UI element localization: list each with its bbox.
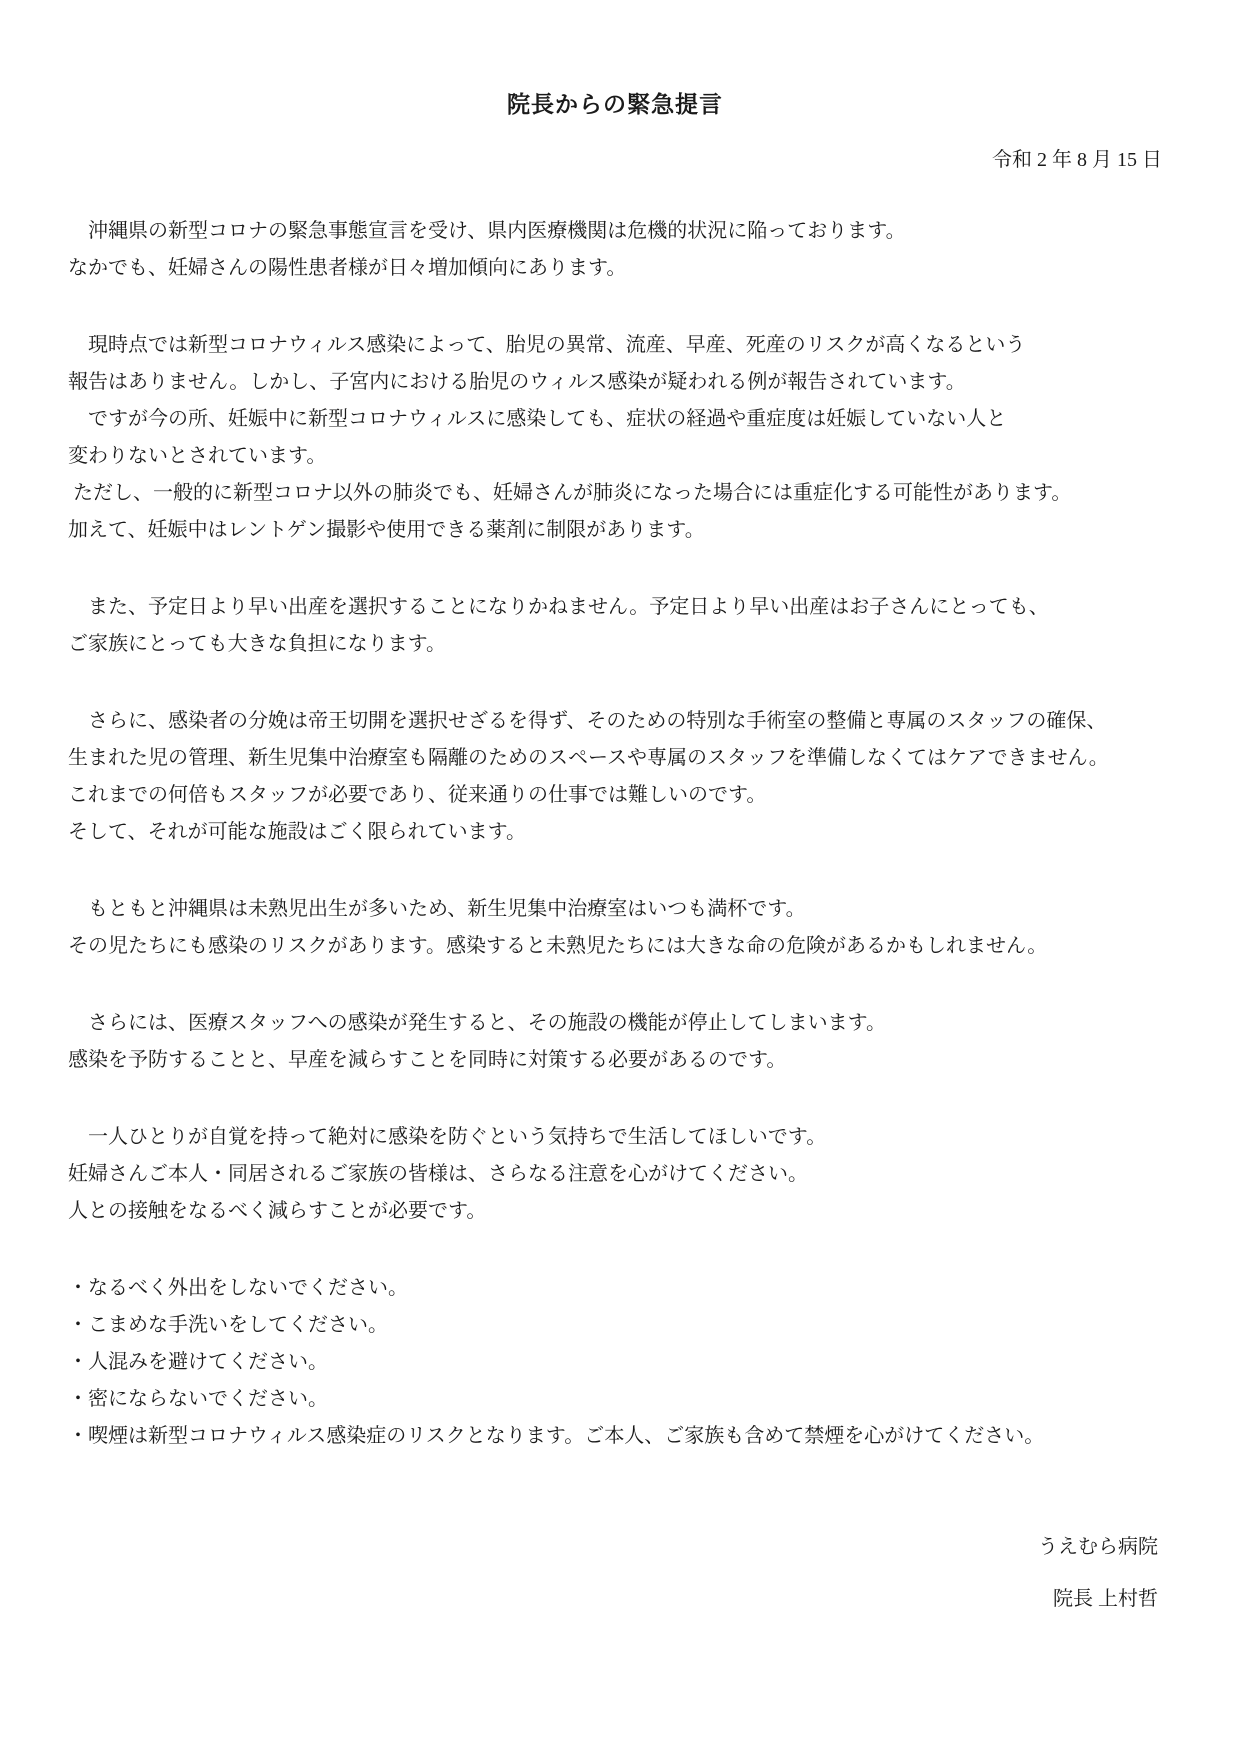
paragraph-intro: 沖縄県の新型コロナの緊急事態宣言を受け、県内医療機関は危機的状況に陥っております… — [68, 213, 1162, 287]
precaution-item-wash-hands: ・こまめな手洗いをしてください。 — [68, 1307, 1162, 1344]
paragraph-nicu: もともと沖縄県は未熟児出生が多いため、新生児集中治療室はいつも満杯です。 その児… — [68, 891, 1162, 965]
signature-name: 院長 上村哲 — [68, 1573, 1158, 1625]
signature-organization: うえむら病院 — [68, 1521, 1158, 1573]
document-page: 院長からの緊急提言 令和 2 年 8 月 15 日 沖縄県の新型コロナの緊急事態… — [0, 0, 1240, 1754]
paragraph-staff-infection: さらには、医療スタッフへの感染が発生すると、その施設の機能が停止してしまいます。… — [68, 1005, 1162, 1079]
document-title: 院長からの緊急提言 — [68, 86, 1162, 119]
precaution-item-stay-home: ・なるべく外出をしないでください。 — [68, 1270, 1162, 1307]
paragraph-early-delivery: また、予定日より早い出産を選択することになりかねません。予定日より早い出産はお子… — [68, 589, 1162, 663]
document-date: 令和 2 年 8 月 15 日 — [68, 145, 1162, 175]
precaution-item-no-smoking: ・喫煙は新型コロナウィルス感染症のリスクとなります。ご本人、ご家族も含めて禁煙を… — [68, 1418, 1162, 1455]
paragraph-cesarean-staff: さらに、感染者の分娩は帝王切開を選択せざるを得ず、そのための特別な手術室の整備と… — [68, 703, 1162, 851]
precaution-list: ・なるべく外出をしないでください。 ・こまめな手洗いをしてください。 ・人混みを… — [68, 1270, 1162, 1455]
signature-block: うえむら病院 院長 上村哲 — [68, 1521, 1162, 1625]
precaution-item-avoid-closeness: ・密にならないでください。 — [68, 1381, 1162, 1418]
paragraph-personal-request: 一人ひとりが自覚を持って絶対に感染を防ぐという気持ちで生活してほしいです。 妊婦… — [68, 1119, 1162, 1230]
paragraph-risk-overview: 現時点では新型コロナウィルス感染によって、胎児の異常、流産、早産、死産のリスクが… — [68, 327, 1162, 549]
precaution-item-avoid-crowds: ・人混みを避けてください。 — [68, 1344, 1162, 1381]
